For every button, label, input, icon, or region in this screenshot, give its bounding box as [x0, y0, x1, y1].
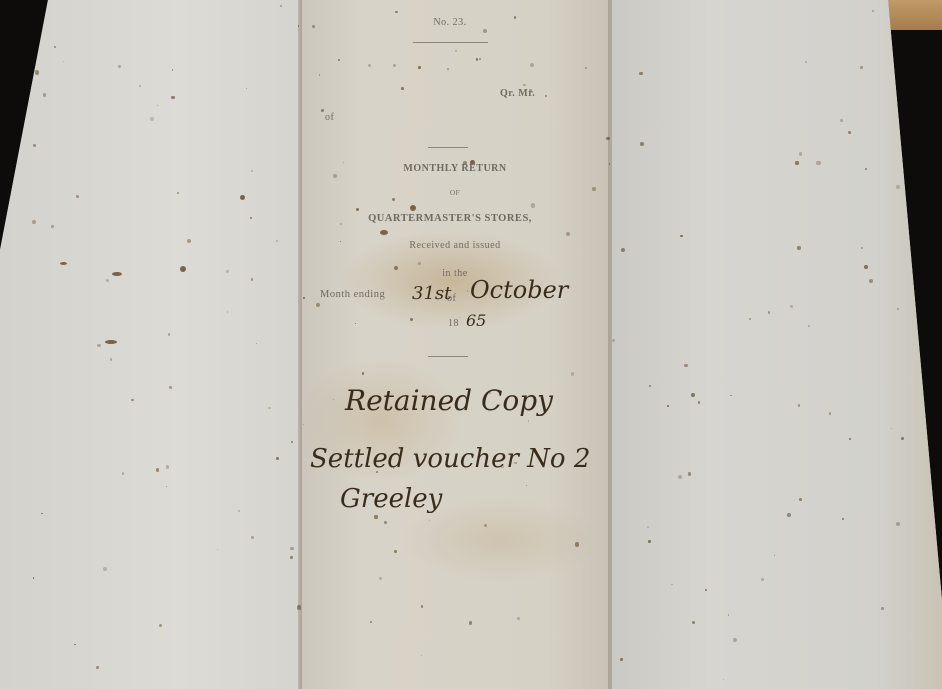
form-title-of: OF: [330, 189, 580, 197]
left-fold-panel: [0, 0, 300, 689]
form-subtitle: Received and issued: [330, 240, 580, 251]
form-title-line2: QUARTERMASTER'S STORES,: [320, 213, 580, 224]
year-prefix: 18: [448, 318, 468, 329]
officer-title: Qr. Mr.: [500, 88, 560, 99]
form-title-line1: MONTHLY RETURN: [330, 163, 580, 174]
officer-prefix: of: [325, 112, 345, 123]
handwritten-note-line2: Settled voucher No 2: [310, 444, 590, 474]
handwritten-note-line3: Greeley: [340, 484, 442, 514]
divider-rule: [428, 356, 468, 357]
fold-crease: [608, 0, 612, 689]
divider-rule: [413, 42, 488, 43]
handwritten-month: October: [470, 276, 568, 304]
form-number: No. 23.: [390, 17, 510, 28]
fold-crease: [298, 0, 302, 689]
handwritten-day: 31st: [412, 283, 451, 304]
right-fold-panel: [610, 0, 942, 689]
handwritten-year: 65: [466, 311, 486, 330]
divider-rule: [428, 147, 468, 148]
document-sheet: No. 23. Qr. Mr. of MONTHLY RETURN OF QUA…: [0, 0, 942, 689]
center-fold-panel: [300, 0, 610, 689]
handwritten-note-line1: Retained Copy: [345, 384, 553, 417]
